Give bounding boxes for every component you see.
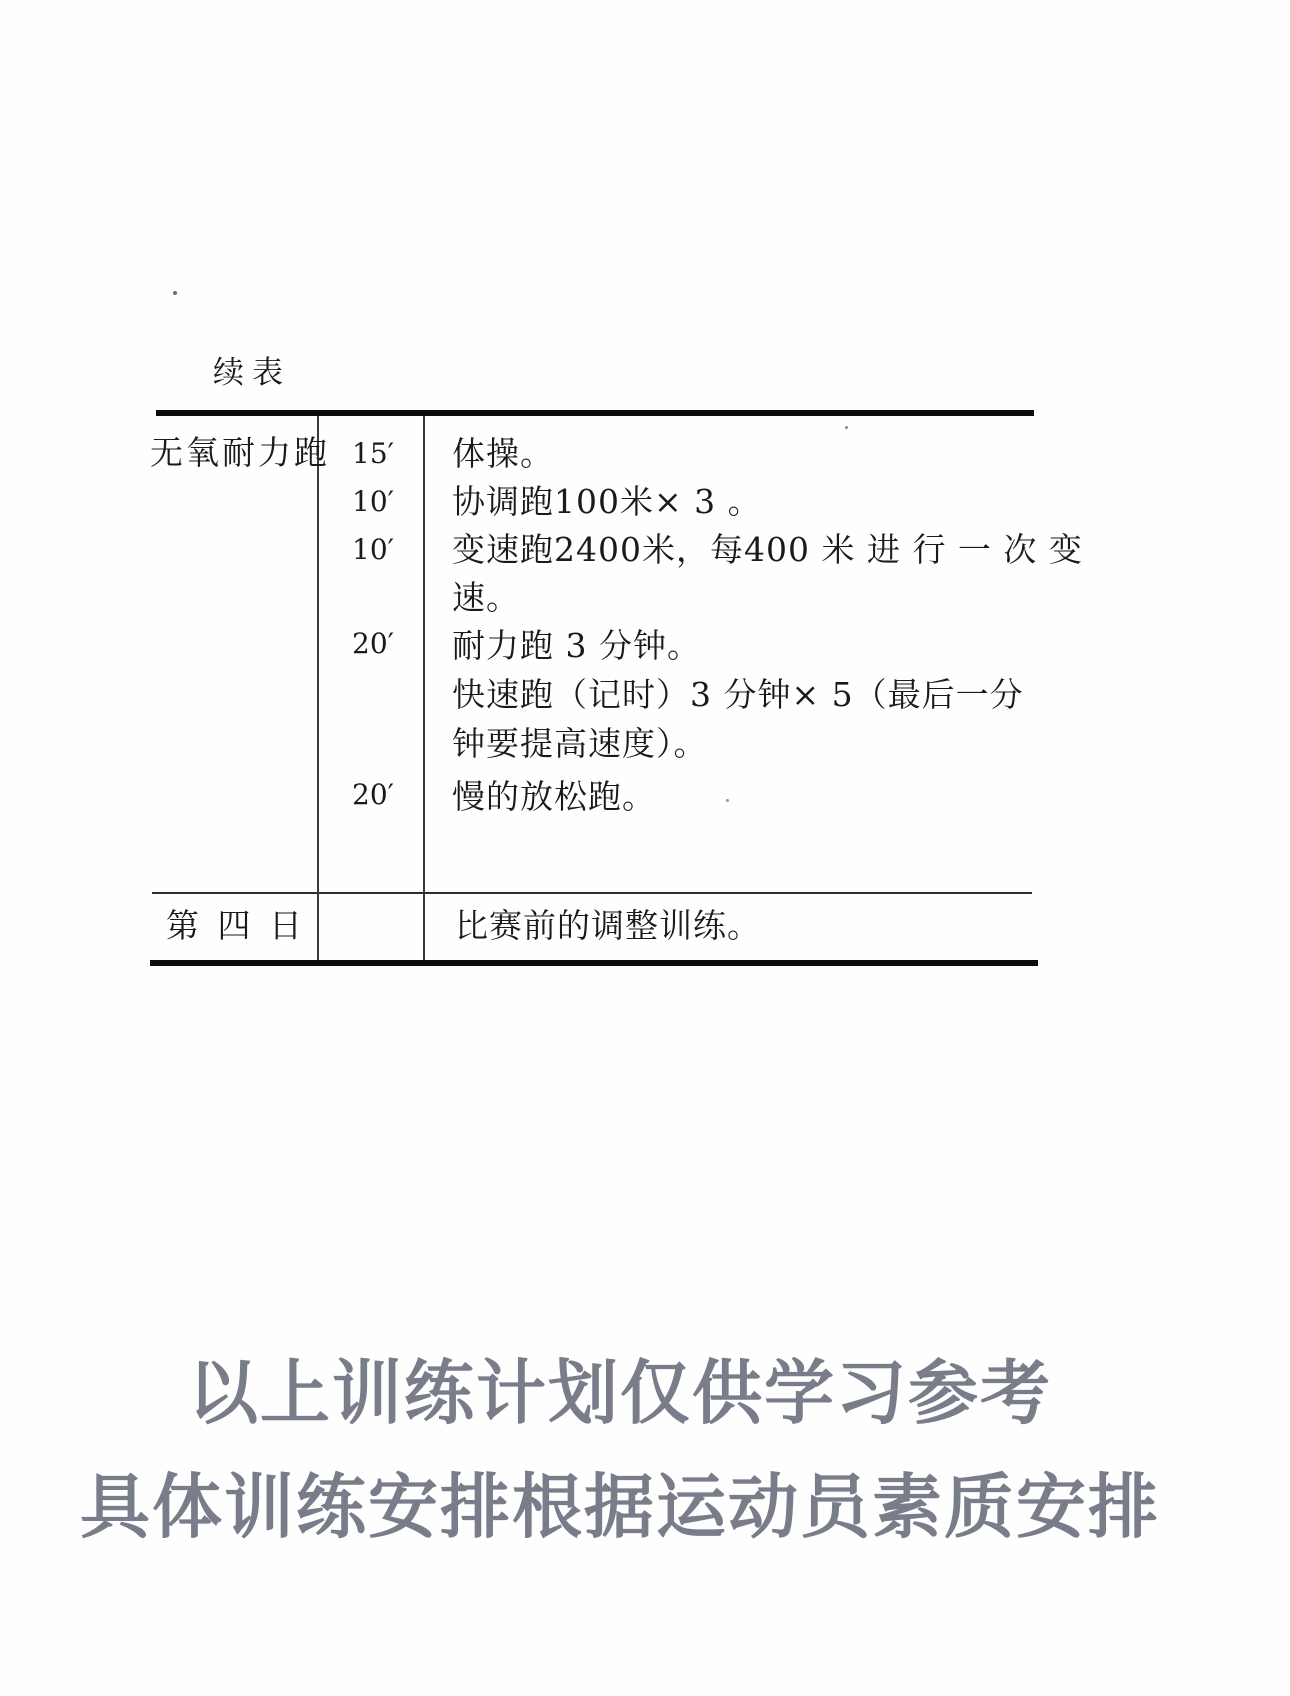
scan-speck [173, 291, 177, 295]
description-cell: 比赛前的调整训练。 [455, 909, 761, 942]
description-line: 体操。 [452, 437, 554, 470]
scan-speck [726, 799, 729, 802]
description-line: 慢的放松跑。 [452, 780, 656, 813]
time-cell: 20′ [330, 781, 416, 809]
scan-speck [845, 426, 848, 429]
table-column-divider-2 [423, 416, 425, 960]
description-line: 速。 [452, 581, 520, 614]
description-line: 变速跑2400米，每400 米 进 行 一 次 变 [452, 533, 1083, 566]
activity-cell: 无氧耐力跑 [150, 436, 330, 469]
footer-note-line-2: 具体训练安排根据运动员素质安排 [0, 1472, 1240, 1542]
time-cell: 20′ [330, 630, 416, 658]
table-continuation-label: 续表 [213, 347, 291, 392]
table-column-divider-1 [317, 416, 319, 960]
time-cell: 10′ [330, 536, 416, 564]
description-line: 钟要提高速度）。 [452, 727, 708, 760]
time-cell: 15′ [330, 440, 416, 468]
description-line: 协调跑100米× 3 。 [452, 485, 762, 518]
description-line: 耐力跑 3 分钟。 [452, 629, 701, 662]
day-cell: 第 四 日 [166, 909, 306, 942]
scanned-document-page: 续表 无氧耐力跑 15′ 10′ 10′ 20′ 20′ 体操。 协调跑100米… [0, 0, 1290, 1696]
table-row-divider [152, 892, 1032, 894]
description-line: 快速跑（记时）3 分钟× 5（最后一分 [452, 678, 1024, 711]
footer-note-line-1: 以上训练计划仅供学习参考 [0, 1358, 1240, 1428]
table-top-rule [156, 410, 1034, 416]
time-cell: 10′ [330, 488, 416, 516]
table-bottom-rule [150, 960, 1038, 966]
